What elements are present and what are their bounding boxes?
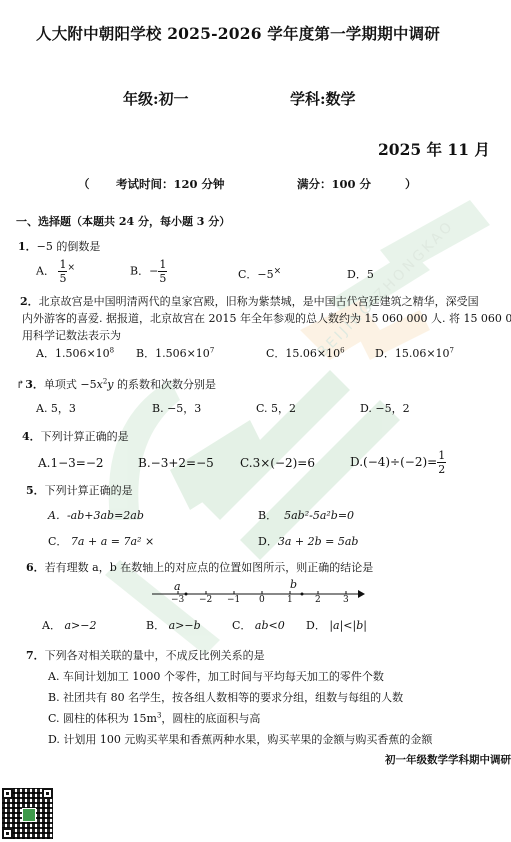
svg-text:BEIJING ZHONGKAO: BEIJING ZHONGKAO <box>314 218 457 361</box>
q4-number: 4． <box>22 430 41 443</box>
q6-number: 6． <box>26 561 45 574</box>
full-score: 满分：100 分 <box>297 176 371 192</box>
fraction: 12 <box>437 450 446 475</box>
cross-mark-icon: × <box>274 266 282 276</box>
q2-option-b[interactable]: B．1.506×107 <box>136 345 214 361</box>
option-base: 1.506×10 <box>55 347 110 360</box>
q6-option-b[interactable]: B． a>−b <box>146 617 201 633</box>
question-4: 4．下列计算正确的是 <box>22 428 129 444</box>
paren-open: （ <box>78 176 90 192</box>
option-label: D． <box>258 535 278 548</box>
option-base: 15.06×10 <box>285 347 340 360</box>
q6-option-a[interactable]: A． a>−2 <box>42 617 96 633</box>
option-expr: 7a + a = 7a² <box>71 535 142 548</box>
q1-stem: −5 的倒数是 <box>37 240 101 253</box>
cross-mark-icon: × <box>67 263 75 273</box>
question-6: 6．若有理数 a，b 在数轴上的对应点的位置如图所示，则正确的结论是 <box>26 559 373 575</box>
q7-number: 7． <box>26 649 45 662</box>
q5-option-d[interactable]: D．3a + 2b = 5ab <box>258 533 358 549</box>
tick-label: 0 <box>259 595 265 605</box>
q5-option-c[interactable]: C． 7a + a = 7a² × <box>48 533 154 549</box>
q6-option-c[interactable]: C． ab<0 <box>232 617 285 633</box>
q5-stem: 下列计算正确的是 <box>45 484 133 497</box>
question-3: ↱3．单项式 −5x2y 的系数和次数分别是 <box>16 376 216 392</box>
option-text: ，圆柱的底面积与高 <box>161 712 260 725</box>
option-label: D． <box>375 347 395 360</box>
option-label: B． <box>258 509 277 522</box>
minus-sign: − <box>149 265 158 278</box>
option-label: A． <box>36 265 55 278</box>
q5-option-a[interactable]: A．-ab+3ab=2ab <box>48 507 144 523</box>
tick-label: −1 <box>227 595 240 605</box>
option-label: A． <box>36 347 55 360</box>
question-7: 7．下列各对相关联的量中，不成反比例关系的是 <box>26 647 265 663</box>
q3-option-a[interactable]: A. 5，3 <box>36 400 76 416</box>
option-label: D． <box>347 268 367 281</box>
option-expr: a>−b <box>169 619 201 632</box>
tick-label: 1 <box>287 595 293 605</box>
option-text: 5 <box>367 268 374 281</box>
q4-option-d[interactable]: D.(−4)÷(−2)=12 <box>350 450 446 475</box>
page-footer: 初一年级数学学科期中调研 <box>385 752 511 767</box>
tick-label: 2 <box>315 595 321 605</box>
q4-option-a[interactable]: A.1−3=−2 <box>38 456 104 470</box>
q4-option-b[interactable]: B.−3+2=−5 <box>138 456 214 470</box>
option-expr: 5ab²-5a²b=0 <box>284 509 354 522</box>
handwritten-mark: ↱ <box>16 378 25 391</box>
option-text: D.(−4)÷(−2)= <box>350 455 437 469</box>
point-b-label: b <box>290 578 297 591</box>
tick-label: 3 <box>343 595 349 605</box>
question-5: 5．下列计算正确的是 <box>26 482 133 498</box>
q3-option-c[interactable]: C. 5，2 <box>256 400 296 416</box>
q3-stem-post: 的系数和次数分别是 <box>114 378 217 391</box>
question-2-line-1: 2．北京故宫是中国明清两代的皇家宫殿，旧称为紫禁城，是中国古代宫廷建筑之精华，深… <box>20 293 479 309</box>
subject-label: 学科:数学 <box>290 88 356 109</box>
option-text: −5 <box>257 268 273 281</box>
q2-number: 2． <box>20 295 39 308</box>
q1-number: 1． <box>18 240 37 253</box>
option-label: C． <box>232 619 251 632</box>
option-base: 15.06×10 <box>395 347 450 360</box>
section-title: 一、选择题（本题共 24 分，每小题 3 分） <box>16 213 230 229</box>
option-base: 1.506×10 <box>155 347 210 360</box>
q2-option-c[interactable]: C．15.06×106 <box>266 345 345 361</box>
option-expr: 3a + 2b = 5ab <box>278 535 359 548</box>
option-label: C． <box>238 268 257 281</box>
q5-option-b[interactable]: B． 5ab²-5a²b=0 <box>258 507 354 523</box>
option-label: B． <box>146 619 165 632</box>
tick-label: −2 <box>199 595 212 605</box>
option-label: B． <box>136 347 155 360</box>
q7-option-a[interactable]: A. 车间计划加工 1000 个零件，加工时间与平均每天加工的零件个数 <box>48 668 384 684</box>
option-expr: |a|<|b| <box>329 619 367 632</box>
q6-stem: 若有理数 a，b 在数轴上的对应点的位置如图所示，则正确的结论是 <box>45 561 374 574</box>
qr-finder-pattern <box>2 828 13 839</box>
q1-option-d[interactable]: D．5 <box>347 266 374 282</box>
option-text: C. 圆柱的体积为 15m <box>48 712 157 725</box>
fraction: 15 <box>158 259 167 284</box>
q7-option-d[interactable]: D. 计划用 100 元购买苹果和香蕉两种水果，购买苹果的金额与购买香蕉的金额 <box>48 731 432 747</box>
exam-date: 2025 年 11 月 <box>378 138 490 160</box>
q7-option-b[interactable]: B. 社团共有 80 名学生，按各组人数相等的要求分组，组数与每组的人数 <box>48 689 403 705</box>
question-1: 1．−5 的倒数是 <box>18 238 100 254</box>
q3-option-d[interactable]: D. −5，2 <box>360 400 410 416</box>
option-label: D． <box>306 619 326 632</box>
q4-stem: 下列计算正确的是 <box>41 430 129 443</box>
q2-stem-line-1: 北京故宫是中国明清两代的皇家宫殿，旧称为紫禁城，是中国古代宫廷建筑之精华，深受国 <box>39 295 479 308</box>
q7-stem: 下列各对相关联的量中，不成反比例关系的是 <box>45 649 265 662</box>
cross-mark-icon: × <box>145 535 154 548</box>
q3-number: 3． <box>25 378 44 391</box>
q3-option-b[interactable]: B. −5，3 <box>152 400 201 416</box>
qr-finder-pattern <box>2 788 13 799</box>
qr-logo-icon <box>22 808 36 822</box>
q1-option-b[interactable]: B．−15 <box>130 259 167 284</box>
exam-title: 人大附中朝阳学校 2025-2026 学年度第一学期期中调研 <box>36 22 440 44</box>
option-exponent: 6 <box>340 346 344 354</box>
option-exponent: 8 <box>110 346 114 354</box>
option-label: C． <box>48 535 67 548</box>
q6-option-d[interactable]: D． |a|<|b| <box>306 617 367 633</box>
q1-option-c[interactable]: C．−5× <box>238 266 281 282</box>
qr-code-icon[interactable] <box>2 788 53 839</box>
option-label: A． <box>42 619 61 632</box>
option-label: C． <box>266 347 285 360</box>
paren-close: ） <box>405 176 417 192</box>
point-a-label: a <box>174 580 181 593</box>
qr-finder-pattern <box>42 788 53 799</box>
option-label: B． <box>130 265 149 278</box>
option-expr: a>−2 <box>64 619 96 632</box>
q1-option-a[interactable]: A． 15× <box>36 259 75 284</box>
q2-option-a[interactable]: A．1.506×108 <box>36 345 114 361</box>
question-2-line-2: 内外游客的喜爱. 据报道，北京故宫在 2015 年全年参观的总人数约为 15 0… <box>22 310 511 326</box>
exam-time: 考试时间：120 分钟 <box>116 176 225 192</box>
q3-stem-pre: 单项式 −5 <box>44 378 97 391</box>
q2-option-d[interactable]: D．15.06×107 <box>375 345 454 361</box>
tick-label: −3 <box>171 595 184 605</box>
q5-number: 5． <box>26 484 45 497</box>
q7-option-c[interactable]: C. 圆柱的体积为 15m3，圆柱的底面积与高 <box>48 710 260 726</box>
q4-option-c[interactable]: C.3×(−2)=6 <box>240 456 315 470</box>
option-expr: ab<0 <box>255 619 285 632</box>
option-exponent: 7 <box>450 346 454 354</box>
question-2-line-3: 用科学记数法表示为 <box>22 327 121 343</box>
option-exponent: 7 <box>210 346 214 354</box>
grade-label: 年级:初一 <box>123 88 189 109</box>
